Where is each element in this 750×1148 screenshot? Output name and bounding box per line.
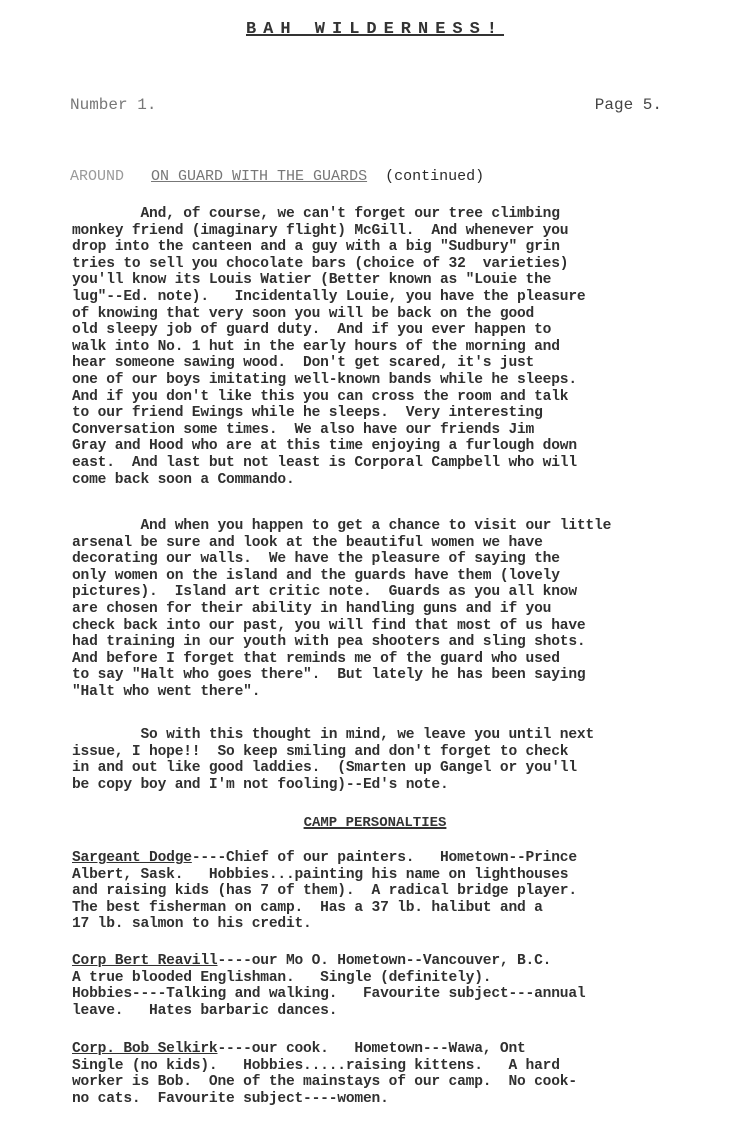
newsletter-title: BAH WILDERNESS! [0, 20, 750, 39]
paragraph-3: So with this thought in mind, we leave y… [72, 727, 692, 793]
paragraph-1: And, of course, we can't forget our tree… [72, 206, 692, 488]
personality-entry: Sargeant Dodge----Chief of our painters.… [72, 850, 692, 933]
section-title: ON GUARD WITH THE GUARDS [151, 168, 367, 185]
issue-number: Number 1. [70, 96, 156, 114]
page-number: Page 5. [595, 96, 662, 114]
section-suffix: (continued) [385, 168, 484, 185]
section-heading: AROUND ON GUARD WITH THE GUARDS (continu… [70, 168, 484, 185]
personality-name: Corp. Bob Selkirk [72, 1041, 217, 1057]
personality-entry: Corp. Bob Selkirk----our cook. Hometown-… [72, 1041, 692, 1107]
personality-entry: Corp Bert Reavill----our Mo O. Hometown-… [72, 953, 692, 1019]
struck-word: AROUND [70, 168, 124, 185]
personality-name: Sargeant Dodge [72, 850, 192, 866]
personalities-heading: CAMP PERSONALTIES [0, 815, 750, 831]
personality-name: Corp Bert Reavill [72, 953, 217, 969]
paragraph-2: And when you happen to get a chance to v… [72, 518, 692, 701]
